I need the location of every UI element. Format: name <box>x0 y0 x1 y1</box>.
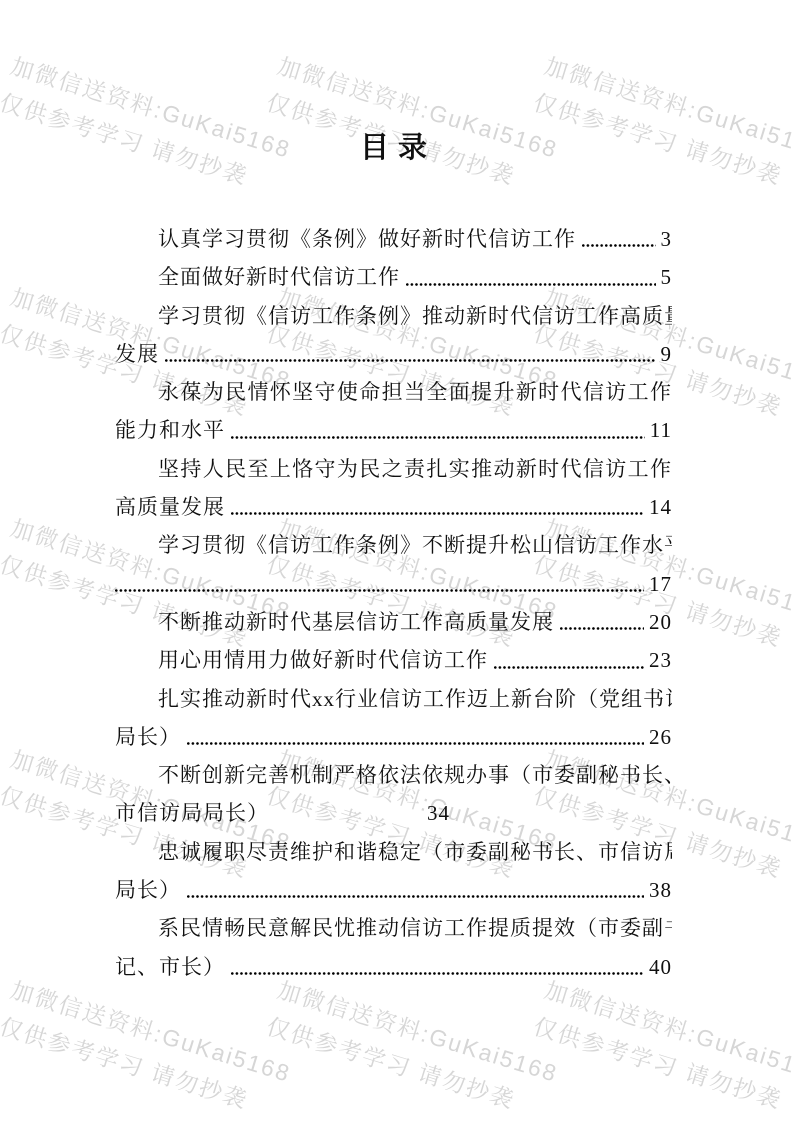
toc-entry-text: 不断推动新时代基层信访工作高质量发展 <box>158 603 554 641</box>
page-number: 17 <box>649 565 672 603</box>
toc-line: 高质量发展 14 <box>115 488 672 526</box>
dot-leader <box>494 666 644 669</box>
page-number: 3 <box>661 220 673 258</box>
toc-entry-text: 忠诚履职尽责维护和谐稳定（市委副秘书长、市信访局 <box>158 833 672 871</box>
toc-entry-text: 能力和水平 <box>115 411 225 449</box>
toc-line: 永葆为民情怀坚守使命担当全面提升新时代信访工作 <box>115 373 672 411</box>
page-number: 38 <box>649 871 672 909</box>
toc-line: 忠诚履职尽责维护和谐稳定（市委副秘书长、市信访局 <box>115 833 672 871</box>
page-title: 目录 <box>115 134 672 163</box>
toc-entry-text: 局长） <box>115 871 181 909</box>
toc-line: 17 <box>115 565 672 603</box>
dot-leader <box>231 972 644 975</box>
toc-line: 市信访局局长） 34 <box>115 794 672 832</box>
toc-line: 学习贯彻《信访工作条例》推动新时代信访工作高质量 <box>115 297 672 335</box>
toc-entry-text: 发展 <box>115 335 159 373</box>
dot-leader <box>231 436 645 439</box>
toc-entry-text: 市信访局局长） <box>115 794 269 832</box>
toc-line: 记、市长） 40 <box>115 948 672 986</box>
toc-line: 局长） 26 <box>115 718 672 756</box>
dot-leader <box>187 742 644 745</box>
document-page: 加微信送资料:GuKai5168仅供参考学习 请勿抄袭加微信送资料:GuKai5… <box>0 0 793 1122</box>
page-number: 23 <box>649 641 672 679</box>
page-number: 40 <box>649 948 672 986</box>
toc-list: 认真学习贯彻《条例》做好新时代信访工作 3 全面做好新时代信访工作 5 学习贯彻… <box>115 220 672 986</box>
toc-entry-text: 永葆为民情怀坚守使命担当全面提升新时代信访工作 <box>158 373 672 411</box>
page-number: 26 <box>649 718 672 756</box>
toc-line: 能力和水平 11 <box>115 411 672 449</box>
toc-entry-text: 用心用情用力做好新时代信访工作 <box>158 641 488 679</box>
toc-line: 系民情畅民意解民忧推动信访工作提质提效（市委副书 <box>115 909 672 947</box>
toc-line: 不断推动新时代基层信访工作高质量发展 20 <box>115 603 672 641</box>
toc-entry-text: 学习贯彻《信访工作条例》不断提升松山信访工作水平 <box>158 526 672 564</box>
toc-entry-text: 高质量发展 <box>115 488 225 526</box>
toc-line: 全面做好新时代信访工作 5 <box>115 258 672 296</box>
page-number: 5 <box>661 258 673 296</box>
dot-leader <box>582 244 656 247</box>
dot-leader <box>231 512 644 515</box>
toc-entry-text: 系民情畅民意解民忧推动信访工作提质提效（市委副书 <box>158 909 672 947</box>
dot-leader <box>115 589 644 592</box>
toc-line: 发展 9 <box>115 335 672 373</box>
toc-entry-text: 扎实推动新时代xx行业信访工作迈上新台阶（党组书记、 <box>158 680 672 718</box>
dot-leader <box>406 283 656 286</box>
toc-line: 认真学习贯彻《条例》做好新时代信访工作 3 <box>115 220 672 258</box>
toc-entry-text: 认真学习贯彻《条例》做好新时代信访工作 <box>158 220 576 258</box>
page-number: 34 <box>427 794 450 832</box>
toc-entry-text: 记、市长） <box>115 948 225 986</box>
page-number: 14 <box>649 488 672 526</box>
toc-line: 扎实推动新时代xx行业信访工作迈上新台阶（党组书记、 <box>115 680 672 718</box>
page-number: 11 <box>650 411 672 449</box>
dot-leader <box>165 359 656 362</box>
toc-line: 用心用情用力做好新时代信访工作 23 <box>115 641 672 679</box>
dot-leader <box>560 627 644 630</box>
toc-content: 目录 认真学习贯彻《条例》做好新时代信访工作 3 全面做好新时代信访工作 5 学… <box>0 0 793 1122</box>
toc-line: 局长） 38 <box>115 871 672 909</box>
toc-entry-text: 不断创新完善机制严格依法依规办事（市委副秘书长、 <box>158 756 672 794</box>
page-number: 20 <box>649 603 672 641</box>
toc-entry-text: 学习贯彻《信访工作条例》推动新时代信访工作高质量 <box>158 297 672 335</box>
toc-entry-text: 全面做好新时代信访工作 <box>158 258 400 296</box>
toc-line: 不断创新完善机制严格依法依规办事（市委副秘书长、 <box>115 756 672 794</box>
toc-line: 学习贯彻《信访工作条例》不断提升松山信访工作水平 <box>115 526 672 564</box>
toc-entry-text: 局长） <box>115 718 181 756</box>
dot-leader <box>187 895 644 898</box>
toc-entry-text: 坚持人民至上恪守为民之责扎实推动新时代信访工作 <box>158 450 672 488</box>
page-number: 9 <box>661 335 673 373</box>
toc-line: 坚持人民至上恪守为民之责扎实推动新时代信访工作 <box>115 450 672 488</box>
